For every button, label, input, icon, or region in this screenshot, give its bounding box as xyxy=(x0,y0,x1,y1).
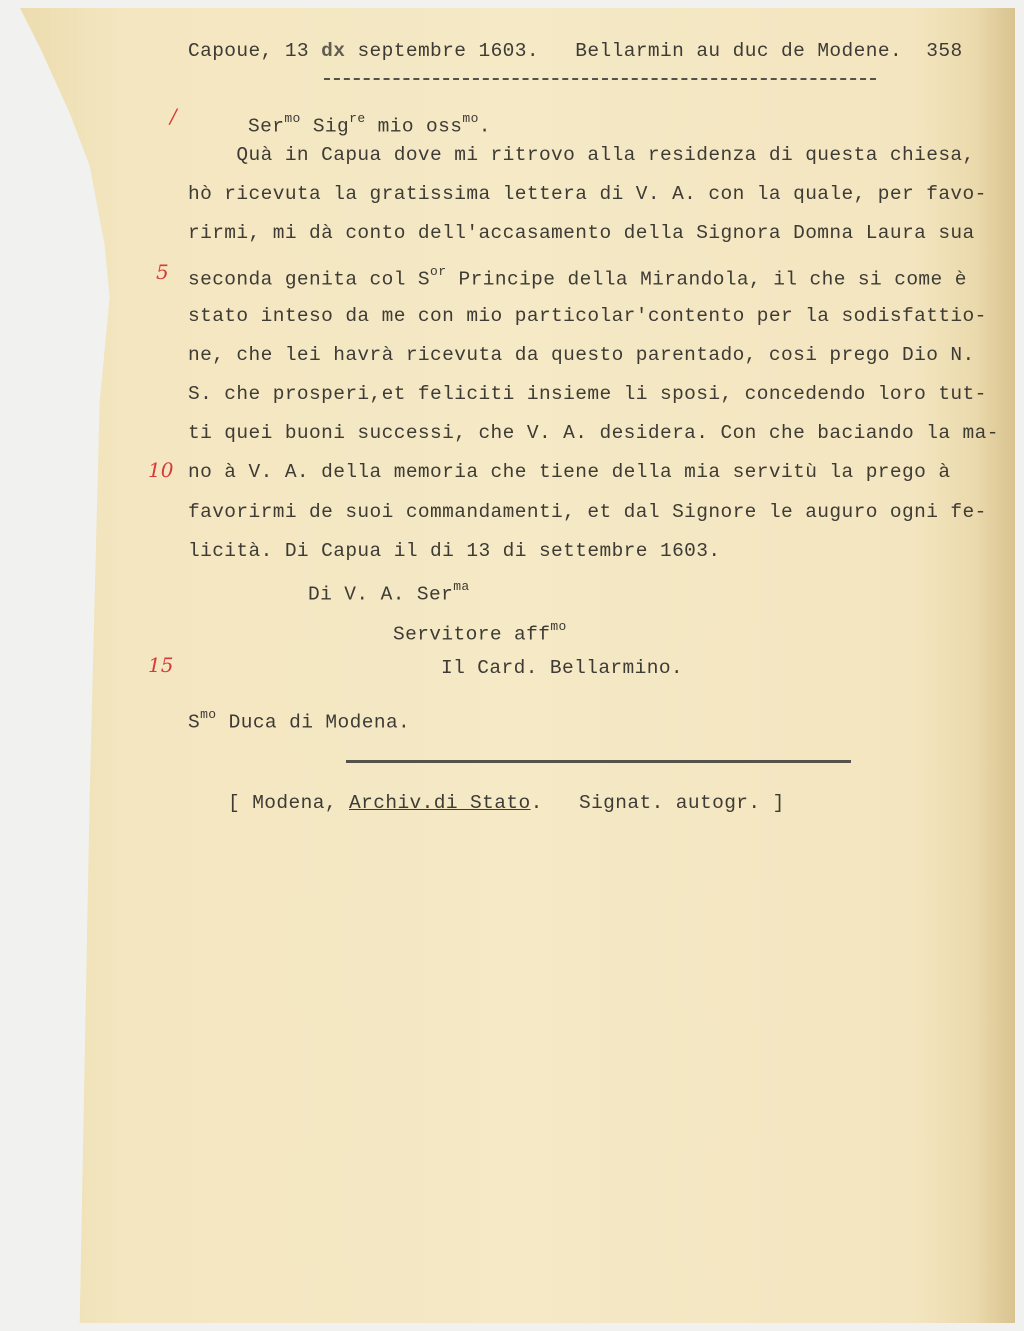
signature: Il Card. Bellarmino. xyxy=(441,657,683,679)
body-line: Quà in Capua dove mi ritrovo alla reside… xyxy=(188,144,975,166)
horizontal-rule xyxy=(346,760,851,763)
body-line: rirmi, mi dà conto dell'accasamento dell… xyxy=(188,222,975,244)
struck-text: dx xyxy=(321,40,345,62)
body-line: stato inteso da me con mio particolar'co… xyxy=(188,305,987,327)
closing-line-2: Servitore affmo xyxy=(393,618,567,646)
body-line: ti quei buoni successi, che V. A. deside… xyxy=(188,422,999,444)
margin-mark-15: 15 xyxy=(148,653,173,677)
header-title: Bellarmin au duc de Modene. xyxy=(575,40,902,62)
margin-mark-1: / xyxy=(170,104,177,128)
header-date: septembre 1603. xyxy=(345,40,539,62)
body-line: favorirmi de suoi commandamenti, et dal … xyxy=(188,501,987,523)
source-note: [ Modena, Archiv.di Stato. Signat. autog… xyxy=(228,792,785,814)
body-line: ne, che lei havrà ricevuta da questo par… xyxy=(188,344,975,366)
salutation: Sermo Sigre mio ossmo. xyxy=(248,110,491,138)
closing-line-1: Di V. A. Serma xyxy=(308,578,470,606)
paper-edge-shadow xyxy=(975,8,1015,1323)
body-line: no à V. A. della memoria che tiene della… xyxy=(188,461,950,483)
header-place-date: Capoue, 13 xyxy=(188,40,321,62)
body-line: licità. Di Capua il di 13 di settembre 1… xyxy=(188,540,720,562)
body-line: hò ricevuta la gratissima lettera di V. … xyxy=(188,183,987,205)
body-line: S. che prosperi,et feliciti insieme li s… xyxy=(188,383,987,405)
addressee: Smo Duca di Modena. xyxy=(188,706,410,734)
margin-mark-10: 10 xyxy=(148,458,173,482)
page-header: Capoue, 13 dx septembre 1603. Bellarmin … xyxy=(188,40,963,62)
page-number: 358 xyxy=(926,40,962,62)
dashed-divider xyxy=(324,78,876,80)
margin-mark-5: 5 xyxy=(156,260,169,284)
body-line: seconda genita col Sor Principe della Mi… xyxy=(188,263,967,291)
archive-name: Archiv.di Stato xyxy=(349,792,531,814)
